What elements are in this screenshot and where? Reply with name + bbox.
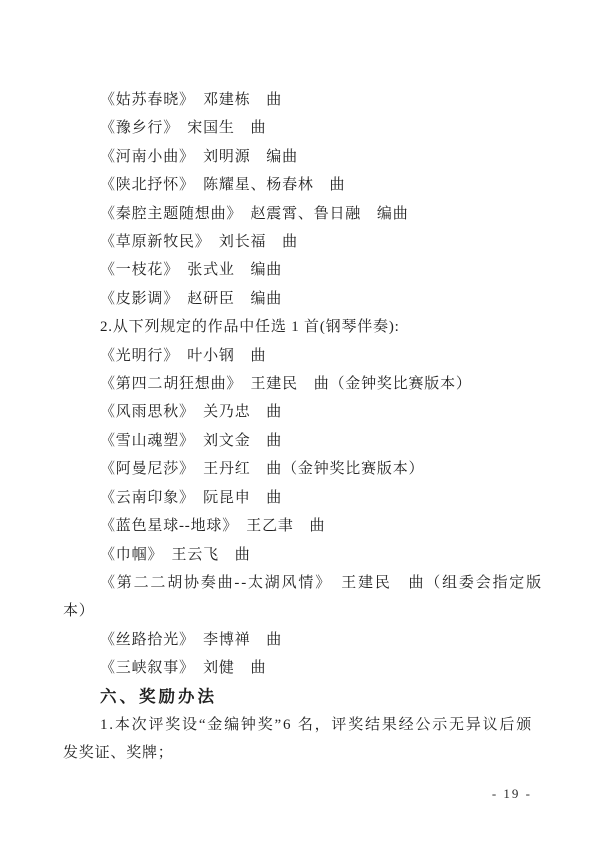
document-line: 2.从下列规定的作品中任选 1 首(钢琴伴奏): (63, 313, 545, 341)
document-body: 《姑苏春晓》 邓建栋 曲《豫乡行》 宋国生 曲《河南小曲》 刘明源 编曲《陕北抒… (63, 86, 545, 768)
document-line: 《云南印象》 阮昆申 曲 (63, 484, 545, 512)
section-heading: 六、奖励办法 (63, 683, 545, 711)
document-line: 《一枝花》 张式业 编曲 (63, 256, 545, 284)
document-line: 《丝路拾光》 李博禅 曲 (63, 626, 545, 654)
document-line: 《陕北抒怀》 陈耀星、杨春林 曲 (63, 171, 545, 199)
document-line: 《光明行》 叶小钢 曲 (63, 342, 545, 370)
document-line: 《河南小曲》 刘明源 编曲 (63, 143, 545, 171)
document-line: 《秦腔主题随想曲》 赵震霄、鲁日融 编曲 (63, 200, 545, 228)
document-line: 《皮影调》 赵研臣 编曲 (63, 285, 545, 313)
document-page: 《姑苏春晓》 邓建栋 曲《豫乡行》 宋国生 曲《河南小曲》 刘明源 编曲《陕北抒… (0, 0, 600, 848)
document-line: 本） (63, 597, 545, 625)
document-line: 《姑苏春晓》 邓建栋 曲 (63, 86, 545, 114)
document-line: 《三峡叙事》 刘健 曲 (63, 654, 545, 682)
document-line: 《第四二胡狂想曲》 王建民 曲（金钟奖比赛版本） (63, 370, 545, 398)
document-line: 1.本次评奖设“金编钟奖”6 名，评奖结果经公示无异议后颁 (63, 711, 545, 739)
document-line: 《草原新牧民》 刘长福 曲 (63, 228, 545, 256)
document-line: 《阿曼尼莎》 王丹红 曲（金钟奖比赛版本） (63, 455, 545, 483)
document-line: 《豫乡行》 宋国生 曲 (63, 114, 545, 142)
page-number: - 19 - (492, 786, 532, 802)
document-line: 《雪山魂塑》 刘文金 曲 (63, 427, 545, 455)
document-line: 发奖证、奖牌； (63, 739, 545, 767)
document-line: 《蓝色星球--地球》 王乙聿 曲 (63, 512, 545, 540)
document-line: 《第二二胡协奏曲--太湖风情》 王建民 曲（组委会指定版 (63, 569, 545, 597)
document-line: 《风雨思秋》 关乃忠 曲 (63, 398, 545, 426)
document-line: 《巾帼》 王云飞 曲 (63, 541, 545, 569)
